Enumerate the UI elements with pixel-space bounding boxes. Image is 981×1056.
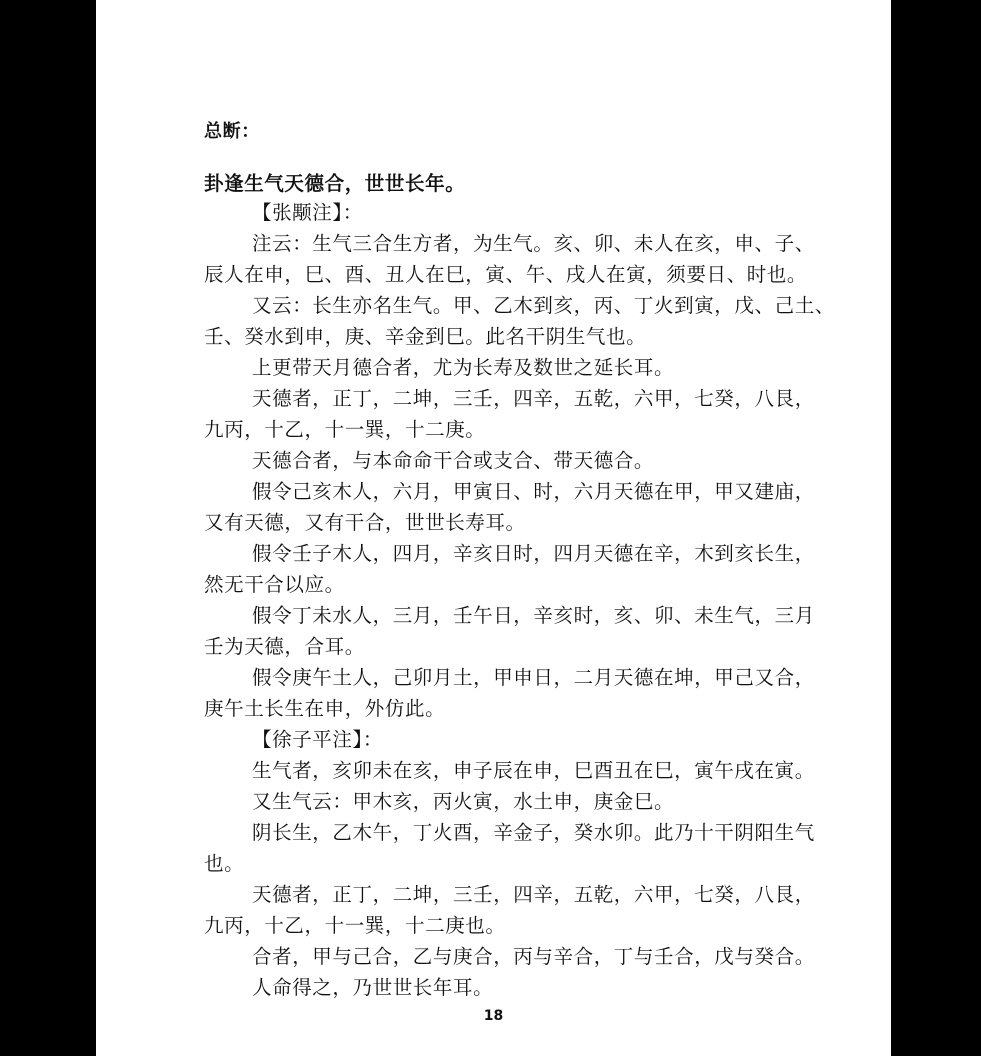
- text-line: 九丙，十乙，十一巽，十二庚也。: [204, 914, 506, 938]
- text-line: 又有天德，又有干合，世世长寿耳。: [204, 511, 526, 535]
- text-line: 也。: [204, 852, 244, 876]
- text-line: 又云：长生亦名生气。甲、乙木到亥，丙、丁火到寅，戊、己土、: [252, 294, 835, 318]
- verse-heading: 卦逢生气天德合，世世长年。: [204, 172, 465, 196]
- page-number: 18: [96, 1008, 891, 1024]
- section-title: 总断：: [204, 120, 260, 144]
- text-line: 壬、癸水到申，庚、辛金到巳。此名干阴生气也。: [204, 325, 646, 349]
- text-line: 九丙，十乙，十一巽，十二庚。: [204, 418, 485, 442]
- text-line: 阴长生，乙木午，丁火酉，辛金子，癸水卯。此乃十干阴阳生气: [252, 821, 815, 845]
- text-line: 人命得之，乃世世长年耳。: [252, 976, 493, 1000]
- text-line: 庚午土长生在申，外仿此。: [204, 697, 445, 721]
- annotation-header-xu: 【徐子平注】：: [252, 728, 383, 752]
- text-line: 假令丁未水人，三月，壬午日，辛亥时，亥、卯、未生气，三月: [252, 604, 815, 628]
- text-line: 假令壬子木人，四月，辛亥日时，四月天德在辛，木到亥长生，: [252, 542, 815, 566]
- text-line: 天德合者，与本命命干合或支合、带天德合。: [252, 449, 654, 473]
- document-page: 总断： 卦逢生气天德合，世世长年。 【张颙注】： 注云：生气三合生方者，为生气。…: [96, 0, 891, 1056]
- text-line: 上更带天月德合者，尤为长寿及数世之延长耳。: [252, 356, 674, 380]
- text-line: 然无干合以应。: [204, 573, 345, 597]
- text-line: 天德者，正丁，二坤，三壬，四辛，五乾，六甲，七癸，八艮，: [252, 883, 815, 907]
- text-line: 假令庚午土人，己卯月土，甲申日，二月天德在坤，甲己又合，: [252, 666, 815, 690]
- text-line: 辰人在申，巳、酉、丑人在巳，寅、午、戌人在寅，须要日、时也。: [204, 263, 807, 287]
- annotation-header-zhang: 【张颙注】：: [252, 201, 363, 225]
- text-line: 天德者，正丁，二坤，三壬，四辛，五乾，六甲，七癸，八艮，: [252, 387, 815, 411]
- text-line: 注云：生气三合生方者，为生气。亥、卯、未人在亥，申、子、: [252, 232, 815, 256]
- text-line: 合者，甲与己合，乙与庚合，丙与辛合，丁与壬合，戊与癸合。: [252, 945, 815, 969]
- text-line: 壬为天德，合耳。: [204, 635, 365, 659]
- text-line: 生气者，亥卯未在亥，申子辰在申，巳酉丑在巳，寅午戌在寅。: [252, 759, 815, 783]
- text-line: 假令己亥木人，六月，甲寅日、时，六月天德在甲，甲又建庙，: [252, 480, 815, 504]
- text-line: 又生气云：甲木亥，丙火寅，水土申，庚金巳。: [252, 790, 674, 814]
